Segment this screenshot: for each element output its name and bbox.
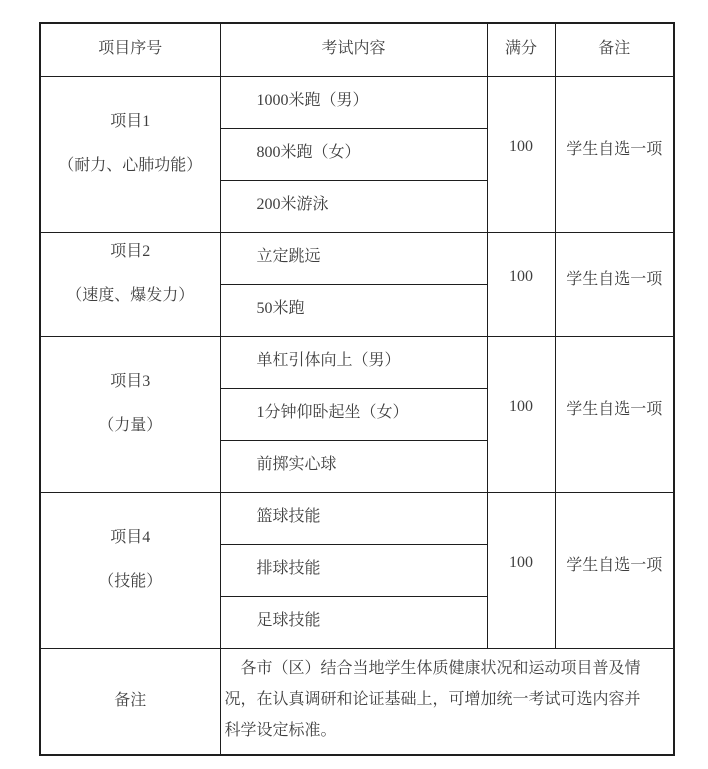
- project2-score: 100: [487, 232, 555, 336]
- header-project-number: 项目序号: [40, 23, 220, 76]
- project3-cell: 项目3 （力量）: [40, 336, 220, 492]
- header-full-score: 满分: [487, 23, 555, 76]
- project1-note: 学生自选一项: [555, 76, 674, 232]
- project2-cell: 项目2 （速度、爆发力）: [40, 232, 220, 336]
- remark-row: 备注 各市（区）结合当地学生体质健康状况和运动项目普及情况，在认真调研和论证基础…: [40, 648, 674, 755]
- project1-item-1: 1000米跑（男）: [220, 76, 487, 128]
- table-row: 项目3 （力量） 单杠引体向上（男） 100 学生自选一项: [40, 336, 674, 388]
- project1-title: 项目1: [41, 108, 220, 131]
- project4-item-3: 足球技能: [220, 596, 487, 648]
- project1-score: 100: [487, 76, 555, 232]
- exam-content-table: 项目序号 考试内容 满分 备注 项目1 （耐力、心肺功能） 1000米跑（男） …: [39, 22, 675, 756]
- project3-score: 100: [487, 336, 555, 492]
- project1-subtitle: （耐力、心肺功能）: [41, 152, 220, 175]
- project2-subtitle: （速度、爆发力）: [41, 282, 220, 305]
- project2-item-2: 50米跑: [220, 284, 487, 336]
- table-header-row: 项目序号 考试内容 满分 备注: [40, 23, 674, 76]
- table-row: 项目2 （速度、爆发力） 立定跳远 100 学生自选一项: [40, 232, 674, 284]
- table-row: 项目1 （耐力、心肺功能） 1000米跑（男） 100 学生自选一项: [40, 76, 674, 128]
- project4-note: 学生自选一项: [555, 492, 674, 648]
- project4-title: 项目4: [41, 524, 220, 547]
- header-remark: 备注: [555, 23, 674, 76]
- project3-item-1: 单杠引体向上（男）: [220, 336, 487, 388]
- remark-label: 备注: [40, 648, 220, 755]
- project1-item-3: 200米游泳: [220, 180, 487, 232]
- project3-title: 项目3: [41, 368, 220, 391]
- project3-item-2: 1分钟仰卧起坐（女）: [220, 388, 487, 440]
- project4-cell: 项目4 （技能）: [40, 492, 220, 648]
- table-row: 项目4 （技能） 篮球技能 100 学生自选一项: [40, 492, 674, 544]
- project1-cell: 项目1 （耐力、心肺功能）: [40, 76, 220, 232]
- project3-item-3: 前掷实心球: [220, 440, 487, 492]
- project3-subtitle: （力量）: [41, 412, 220, 435]
- project2-note: 学生自选一项: [555, 232, 674, 336]
- project2-title: 项目2: [41, 238, 220, 261]
- project4-score: 100: [487, 492, 555, 648]
- remark-text: 各市（区）结合当地学生体质健康状况和运动项目普及情况，在认真调研和论证基础上，可…: [220, 648, 674, 755]
- project4-item-2: 排球技能: [220, 544, 487, 596]
- project1-item-2: 800米跑（女）: [220, 128, 487, 180]
- header-exam-content: 考试内容: [220, 23, 487, 76]
- document-page: 项目序号 考试内容 满分 备注 项目1 （耐力、心肺功能） 1000米跑（男） …: [0, 0, 708, 769]
- project4-subtitle: （技能）: [41, 568, 220, 591]
- project3-note: 学生自选一项: [555, 336, 674, 492]
- project2-item-1: 立定跳远: [220, 232, 487, 284]
- project4-item-1: 篮球技能: [220, 492, 487, 544]
